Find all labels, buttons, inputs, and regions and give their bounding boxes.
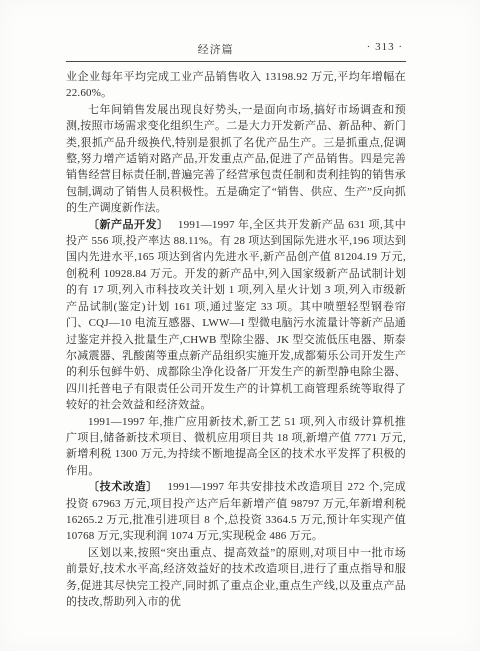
header-rule	[66, 61, 406, 62]
paragraph-text: 1991—1997 年,推广应用新技术,新工艺 51 项,列入市级计算机推广项目…	[66, 416, 406, 477]
paragraph-text: 业企业每年平均完成工业产品销售收入 13198.92 万元,平均年增幅在 22.…	[66, 71, 406, 99]
section-title: 经济篇	[198, 41, 234, 57]
paragraph-text: 1991—1997 年,全区共开发新产品 631 项,其中投产 556 项,投产…	[66, 219, 406, 411]
section-label-new-product-development: 〔新产品开发〕	[88, 219, 169, 231]
page-number: · 313 ·	[367, 41, 403, 53]
body-text: 业企业每年平均完成工业产品销售收入 13198.92 万元,平均年增幅在 22.…	[66, 69, 406, 610]
page-content: 经济篇 · 313 · 业企业每年平均完成工业产品销售收入 13198.92 万…	[66, 41, 406, 610]
paragraph-key-projects: 区划以来,按照“突出重点、提高效益”的原则,对项目中一批市场前景好,技术水平高,…	[66, 545, 406, 611]
section-label-technical-renovation: 〔技术改造〕	[88, 481, 158, 493]
paragraph-text: 七年间销售发展出现良好势头,一是面向市场,搞好市场调查和预测,按照市场需求变化组…	[66, 104, 406, 214]
scanned-book-page: 经济篇 · 313 · 业企业每年平均完成工业产品销售收入 13198.92 万…	[0, 0, 480, 651]
paragraph-technical-renovation: 〔技术改造〕 1991—1997 年共安排技术改造项目 272 个,完成投资 6…	[66, 479, 406, 545]
paragraph-sales-continuation: 业企业每年平均完成工业产品销售收入 13198.92 万元,平均年增幅在 22.…	[66, 69, 406, 102]
paragraph-new-technology: 1991—1997 年,推广应用新技术,新工艺 51 项,列入市级计算机推广项目…	[66, 414, 406, 480]
running-head: 经济篇 · 313 ·	[66, 41, 406, 56]
paragraph-sales-trends: 七年间销售发展出现良好势头,一是面向市场,搞好市场调查和预测,按照市场需求变化组…	[66, 102, 406, 217]
paragraph-text: 区划以来,按照“突出重点、提高效益”的原则,对项目中一批市场前景好,技术水平高,…	[66, 547, 406, 608]
paragraph-new-product-development: 〔新产品开发〕 1991—1997 年,全区共开发新产品 631 项,其中投产 …	[66, 217, 406, 414]
